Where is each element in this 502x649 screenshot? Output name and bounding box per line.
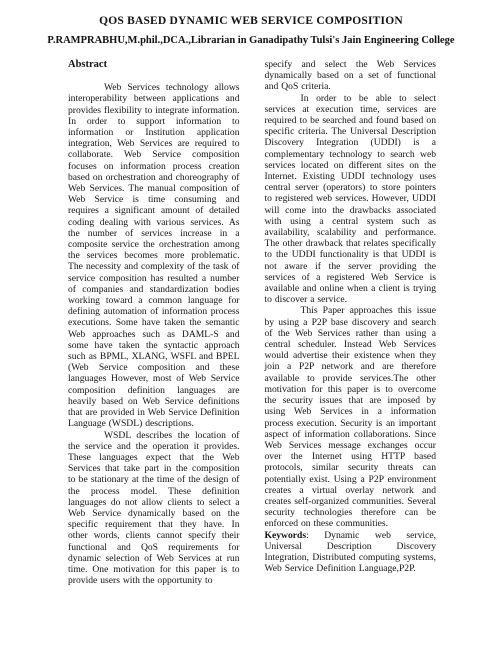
- keywords-paragraph: Keywords: Dynamic web service, Universal…: [265, 530, 437, 575]
- abstract-paragraph-1: Web Services technology allows interoper…: [68, 82, 240, 429]
- uddi-paragraph: In order to be able to select services a…: [265, 93, 437, 306]
- two-column-body: Abstract Web Services technology allows …: [0, 46, 502, 586]
- continuation-paragraph: specify and select the Web Services dyna…: [265, 59, 437, 93]
- p2p-security-paragraph: This Paper approaches this issue by usin…: [265, 305, 437, 529]
- right-column: specify and select the Web Services dyna…: [265, 59, 437, 574]
- author-line: P.RAMPRABHU,M.phil.,DCA.,Librarian in Ga…: [0, 35, 502, 46]
- paper-page: QOS BASED DYNAMIC WEB SERVICE COMPOSITIO…: [0, 0, 502, 649]
- abstract-paragraph-2: WSDL describes the location of the servi…: [68, 430, 240, 587]
- left-column: Abstract Web Services technology allows …: [68, 59, 240, 586]
- keywords-label: Keywords: [265, 530, 307, 541]
- abstract-heading: Abstract: [68, 59, 240, 70]
- paper-title: QOS BASED DYNAMIC WEB SERVICE COMPOSITIO…: [0, 0, 502, 27]
